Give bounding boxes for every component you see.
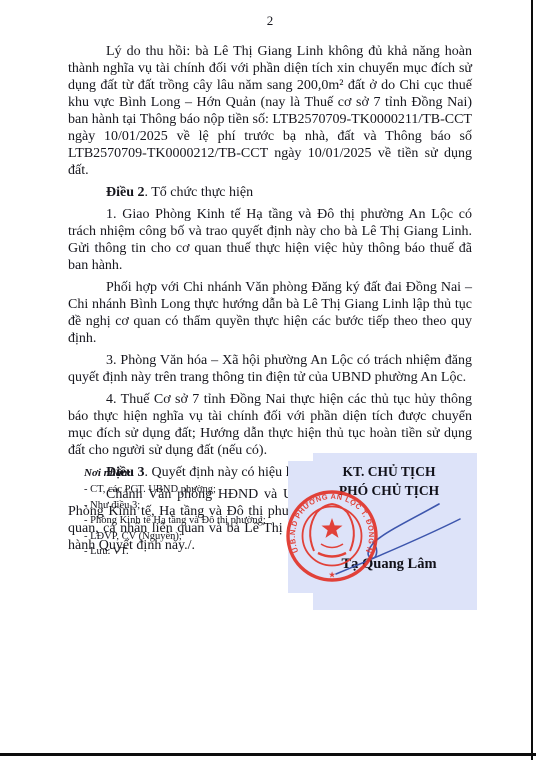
page-number: 2 bbox=[68, 13, 472, 29]
paragraph-text: 3. Phòng Văn hóa – Xã hội phường An Lộc … bbox=[68, 353, 472, 385]
recipient-item: - LĐVP, CV (Nguyên); bbox=[84, 529, 294, 544]
recipients-heading: Nơi nhận: bbox=[84, 466, 294, 481]
recipient-item: - Lưu: VT. bbox=[84, 544, 294, 559]
document-page: 2 Lý do thu hồi: bà Lê Thị Giang Linh kh… bbox=[0, 0, 536, 760]
recipient-item: - Như điều 3; bbox=[84, 498, 294, 513]
recipient-item: - Phòng Kinh tế Hạ tầng và Đô thị phường… bbox=[84, 513, 294, 528]
paragraph-lead: Điều 2 bbox=[106, 185, 145, 200]
recipient-item: - CT, các PCT. UBND phường; bbox=[84, 482, 294, 497]
paragraph-text: 1. Giao Phòng Kinh tế Hạ tầng và Đô thị … bbox=[68, 207, 472, 273]
article-heading: Điều 2. Tổ chức thực hiện bbox=[68, 184, 472, 201]
signer-title-line2: PHÓ CHỦ TỊCH bbox=[300, 481, 478, 500]
signer-title-line1: KT. CHỦ TỊCH bbox=[300, 462, 478, 481]
page-edge-line-bottom bbox=[0, 753, 536, 756]
body-paragraph: 4. Thuế Cơ sở 7 tỉnh Đồng Nai thực hiện … bbox=[68, 391, 472, 459]
signer-name: Tạ Quang Lâm bbox=[300, 556, 478, 573]
paragraph-text: Lý do thu hồi: bà Lê Thị Giang Linh khôn… bbox=[68, 44, 472, 178]
body-paragraph: 1. Giao Phòng Kinh tế Hạ tầng và Đô thị … bbox=[68, 206, 472, 274]
body-paragraph: 3. Phòng Văn hóa – Xã hội phường An Lộc … bbox=[68, 352, 472, 386]
page-edge-line-right bbox=[531, 0, 533, 760]
paragraph-text: Phối hợp với Chi nhánh Văn phòng Đăng ký… bbox=[68, 280, 472, 346]
signature-titles: KT. CHỦ TỊCH PHÓ CHỦ TỊCH bbox=[300, 462, 478, 500]
paragraph-text: 4. Thuế Cơ sở 7 tỉnh Đồng Nai thực hiện … bbox=[68, 392, 472, 458]
body-paragraph: Phối hợp với Chi nhánh Văn phòng Đăng ký… bbox=[68, 279, 472, 347]
paragraph-text: . Tổ chức thực hiện bbox=[145, 185, 254, 200]
recipients-block: Nơi nhận: - CT, các PCT. UBND phường; - … bbox=[84, 466, 294, 559]
body-paragraph: Lý do thu hồi: bà Lê Thị Giang Linh khôn… bbox=[68, 43, 472, 179]
